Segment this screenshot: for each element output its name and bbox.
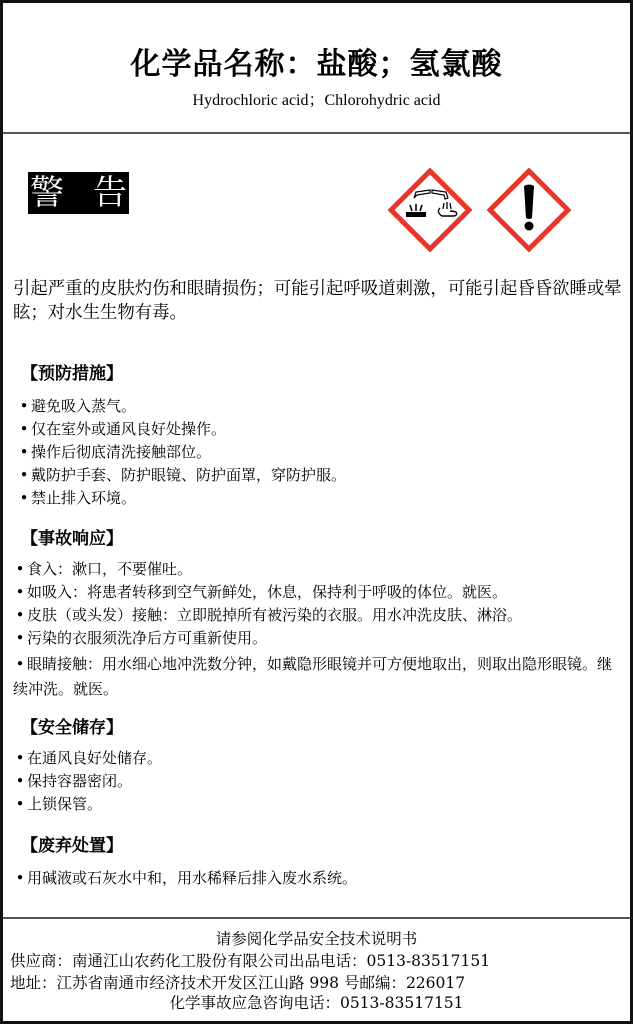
header-divider	[3, 132, 630, 134]
chemical-name-english: Hydrochloric acid；Chlorohydric acid	[3, 87, 630, 110]
prevention-item: •避免吸入蒸气。	[17, 395, 136, 417]
item-text: 皮肤（或头发）接触：立即脱掉所有被污染的衣服。用水冲洗皮肤、淋浴。	[27, 606, 522, 624]
bullet-icon: •	[17, 395, 31, 417]
bullet-icon: •	[13, 747, 27, 769]
chemical-name-title: 化学品名称：盐酸；氢氯酸	[3, 39, 630, 83]
footer-address: 地址：江苏省南通市经济技术开发区江山路 998 号邮编：226017	[10, 973, 465, 993]
response-item: •污染的衣服须洗净后方可重新使用。	[13, 627, 267, 649]
storage-item: •在通风良好处储存。	[13, 747, 162, 769]
section-heading-response: 【事故响应】	[21, 524, 123, 549]
disposal-item: •用碱液或石灰水中和，用水稀释后排入废水系统。	[13, 867, 357, 889]
signal-word-char-2: 告	[93, 172, 127, 214]
item-text: 眼睛接触：用水细心地冲洗数分钟，如戴隐形眼镜并可方便地取出，则取出隐形眼镜。继续…	[13, 655, 612, 698]
item-text: 污染的衣服须洗净后方可重新使用。	[27, 629, 267, 647]
storage-item: •上锁保管。	[13, 793, 102, 815]
response-item: •食入：漱口，不要催吐。	[13, 558, 192, 580]
item-text: 避免吸入蒸气。	[31, 397, 136, 415]
bullet-icon: •	[17, 464, 31, 486]
signal-word: 警 告	[28, 172, 129, 214]
item-text: 用碱液或石灰水中和，用水稀释后排入废水系统。	[27, 869, 357, 887]
bullet-icon: •	[13, 558, 27, 580]
item-text: 戴防护手套、防护眼镜、防护面罩，穿防护服。	[31, 466, 346, 484]
label-frame: 化学品名称：盐酸；氢氯酸 Hydrochloric acid；Chlorohyd…	[0, 0, 633, 1024]
bullet-icon: •	[13, 793, 27, 815]
item-text: 在通风良好处储存。	[27, 749, 162, 767]
item-text: 上锁保管。	[27, 795, 102, 813]
section-heading-storage: 【安全储存】	[21, 713, 123, 738]
exclamation-icon	[487, 168, 571, 252]
item-text: 仅在室外或通风良好处操作。	[31, 420, 226, 438]
bullet-icon: •	[17, 487, 31, 509]
label-footer: 请参阅化学品安全技术说明书 供应商：南通江山农药化工股份有限公司出品电话：051…	[3, 919, 630, 1020]
item-text: 食入：漱口，不要催吐。	[27, 560, 192, 578]
footer-supplier: 供应商：南通江山农药化工股份有限公司出品电话：0513-83517151	[10, 951, 490, 971]
item-text: 保持容器密闭。	[27, 772, 132, 790]
corrosion-icon	[388, 168, 472, 252]
response-item: •皮肤（或头发）接触：立即脱掉所有被污染的衣服。用水冲洗皮肤、淋浴。	[13, 604, 522, 626]
prevention-item: •戴防护手套、防护眼镜、防护面罩，穿防护服。	[17, 464, 346, 486]
item-text: 如吸入：将患者转移到空气新鲜处，休息，保持利于呼吸的体位。就医。	[27, 583, 507, 601]
bullet-icon: •	[17, 418, 31, 440]
section-heading-disposal: 【废弃处置】	[21, 831, 123, 856]
prevention-item: •操作后彻底清洗接触部位。	[17, 441, 211, 463]
bullet-icon: •	[13, 581, 27, 603]
bullet-icon: •	[13, 604, 27, 626]
bullet-icon: •	[13, 627, 27, 649]
item-text: 禁止排入环境。	[31, 489, 136, 507]
signal-word-char-1: 警	[30, 172, 64, 214]
bullet-icon: •	[13, 770, 27, 792]
hazard-statement: 引起严重的皮肤灼伤和眼睛损伤；可能引起呼吸道刺激，可能引起昏昏欲睡或晕眩；对水生…	[13, 277, 628, 325]
prevention-item: •仅在室外或通风良好处操作。	[17, 418, 226, 440]
section-heading-prevention: 【预防措施】	[21, 359, 123, 384]
footer-refer-sds: 请参阅化学品安全技术说明书	[3, 929, 630, 949]
storage-item: •保持容器密闭。	[13, 770, 132, 792]
bullet-icon: •	[13, 867, 27, 889]
bullet-icon: •	[17, 441, 31, 463]
response-item: •如吸入：将患者转移到空气新鲜处，休息，保持利于呼吸的体位。就医。	[13, 581, 507, 603]
item-text: 操作后彻底清洗接触部位。	[31, 443, 211, 461]
label-header: 化学品名称：盐酸；氢氯酸 Hydrochloric acid；Chlorohyd…	[3, 3, 630, 132]
response-item: •眼睛接触：用水细心地冲洗数分钟，如戴隐形眼镜并可方便地取出，则取出隐形眼镜。继…	[13, 652, 619, 702]
footer-emergency-phone: 化学事故应急咨询电话：0513-83517151	[3, 993, 630, 1013]
bullet-icon: •	[13, 652, 27, 677]
prevention-item: •禁止排入环境。	[17, 487, 136, 509]
